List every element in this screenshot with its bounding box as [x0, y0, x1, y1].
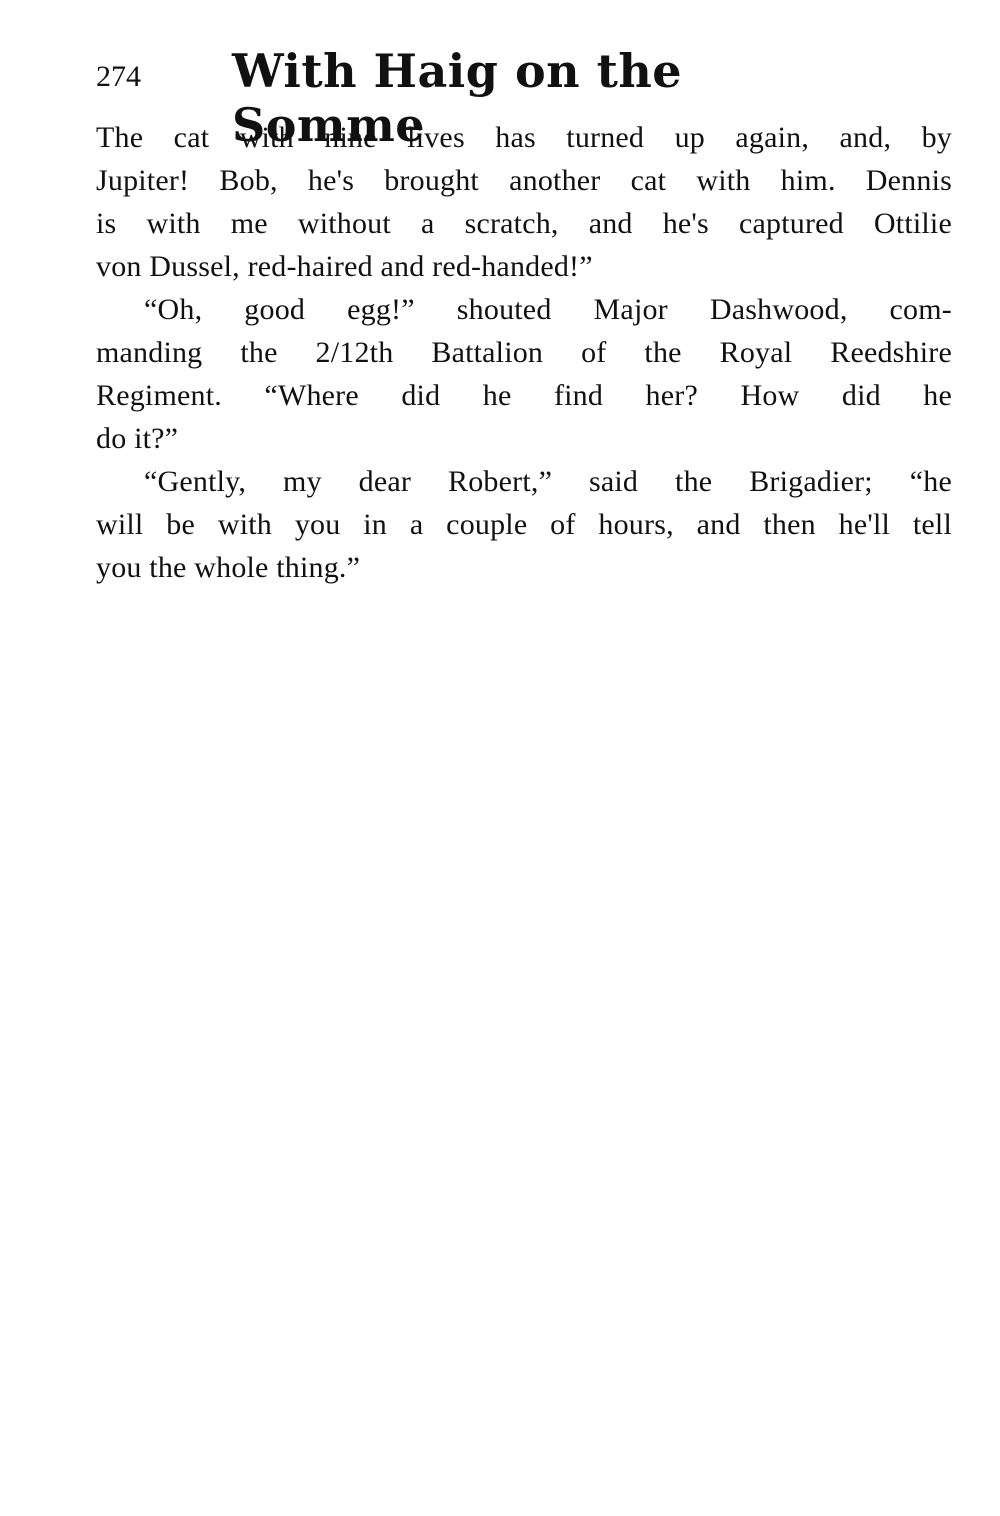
text-line: do it?” — [96, 417, 952, 460]
page-header: 274 With Haig on the Somme — [96, 44, 856, 104]
text-line: you the whole thing.” — [96, 546, 952, 589]
text-line: The cat with nine lives has turned up ag… — [96, 116, 952, 159]
text-line: “Oh, good egg!” shouted Major Dashwood, … — [144, 288, 952, 331]
text-line: Jupiter! Bob, he's brought another cat w… — [96, 159, 952, 202]
text-line: will be with you in a couple of hours, a… — [96, 503, 952, 546]
text-line: manding the 2/12th Battalion of the Roya… — [96, 331, 952, 374]
text-line: is with me without a scratch, and he's c… — [96, 202, 952, 245]
text-line: Regiment. “Where did he find her? How di… — [96, 374, 952, 417]
text-line: von Dussel, red-haired and red-handed!” — [96, 245, 952, 288]
text-line: “Gently, my dear Robert,” said the Briga… — [144, 460, 952, 503]
page-number: 274 — [96, 60, 141, 94]
